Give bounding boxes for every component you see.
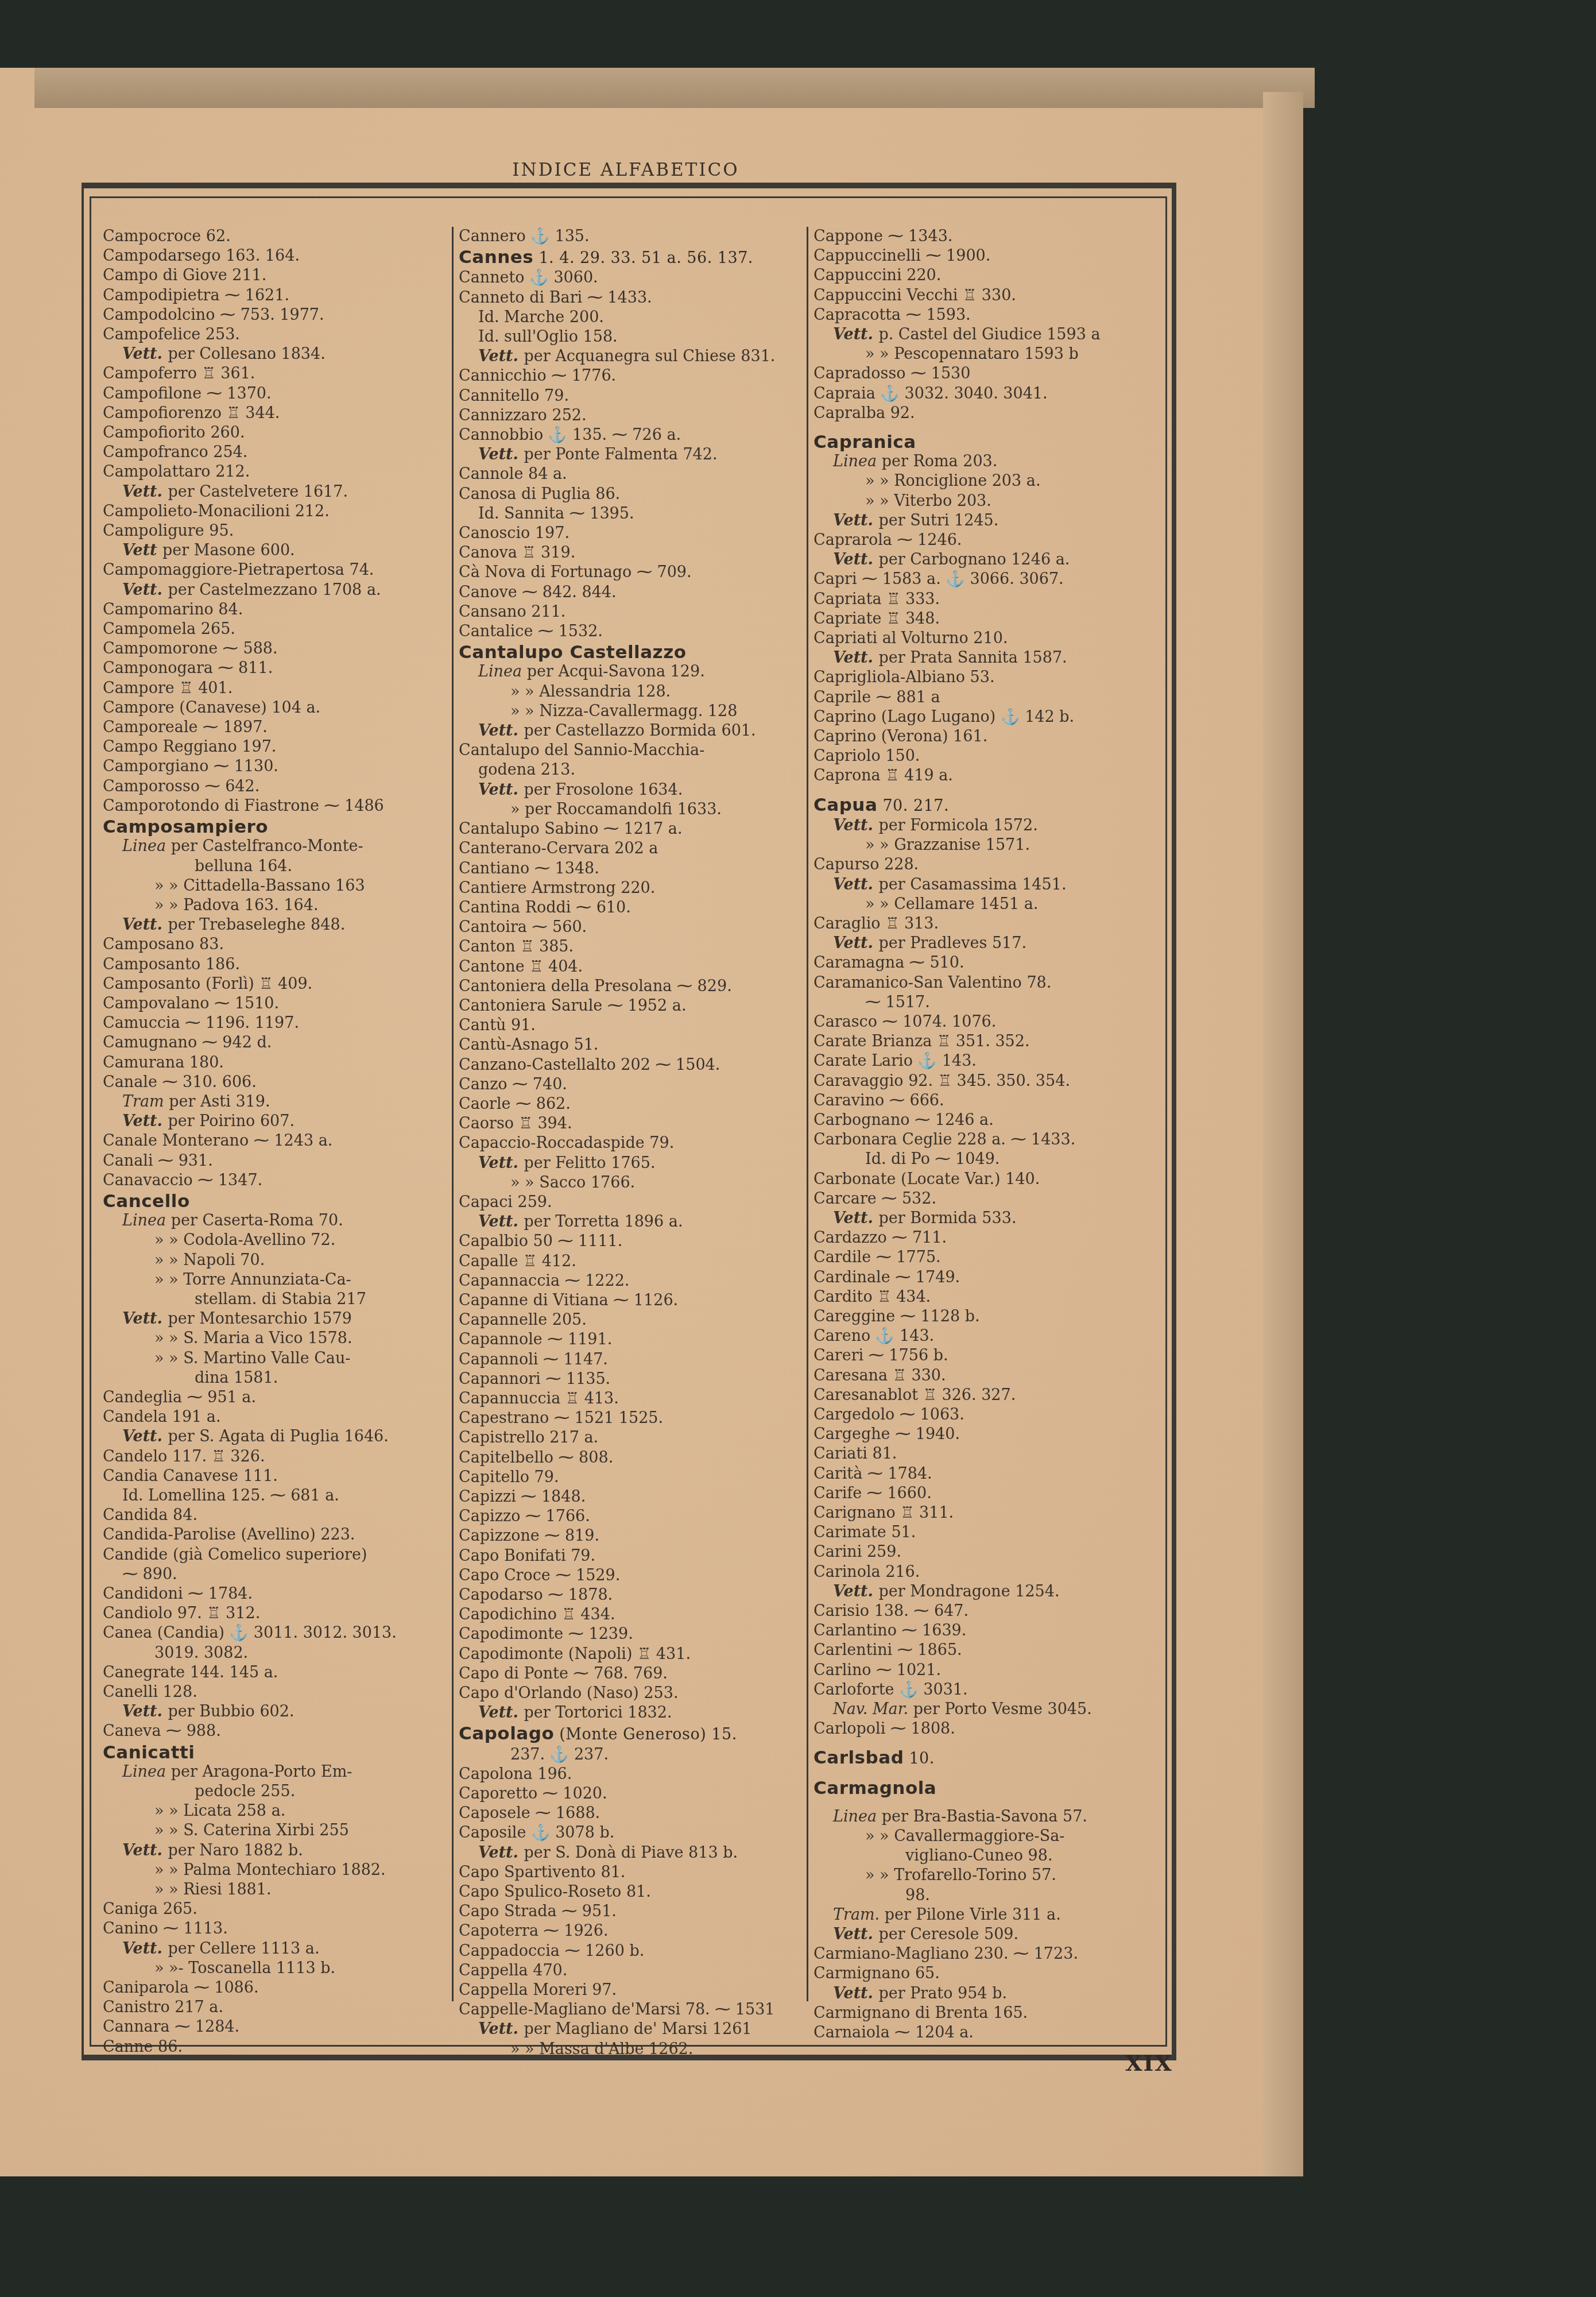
entry-text: » » S. Martino Valle Cau- (154, 1349, 350, 1367)
index-entry: » » Licata 258 a. (103, 1801, 447, 1821)
index-entry: Candela 191 a. (103, 1407, 447, 1427)
entry-text: Cardile ⁓ 1775. (814, 1248, 941, 1266)
index-entry: Nav. Mar. per Porto Vesme 3045. (814, 1700, 1169, 1719)
entry-label: Vett. (833, 817, 878, 834)
entry-text: per Casamassima 1451. (878, 876, 1066, 894)
entry-text: » »- Toscanella 1113 b. (154, 1959, 335, 1977)
entry-text: Capizzo ⁓ 1766. (459, 1507, 590, 1525)
entry-text: Candela 191 a. (103, 1408, 221, 1426)
entry-text: » » Grazzanise 1571. (865, 836, 1030, 854)
entry-text: Cardito ♖ 434. (814, 1288, 931, 1306)
entry-text: Campolieto-Monacilioni 212. (103, 502, 330, 520)
entry-text: Campoferro ♖ 361. (103, 365, 255, 382)
index-entry: Caprino (Verona) 161. (814, 727, 1169, 747)
entry-text: Caprarola ⁓ 1246. (814, 531, 962, 549)
entry-text: Campolattaro 212. (103, 463, 250, 481)
index-entry: Carate Lario ⚓ 143. (814, 1051, 1169, 1071)
index-entry: Capalle ♖ 412. (459, 1252, 809, 1271)
entry-text: dina 1581. (195, 1369, 278, 1387)
index-entry: Carasco ⁓ 1074. 1076. (814, 1012, 1169, 1032)
index-entry: Canzano-Castellalto 202 ⁓ 1504. (459, 1055, 809, 1075)
index-entry: Canove ⁓ 842. 844. (459, 583, 809, 602)
index-entry: Candia Canavese 111. (103, 1467, 447, 1486)
index-entry: Capanne di Vitiana ⁓ 1126. (459, 1291, 809, 1310)
entry-text: per Trebaseleghe 848. (168, 916, 345, 934)
index-entry: Vett. per Sutri 1245. (814, 511, 1169, 531)
entry-text: Carcare ⁓ 532. (814, 1190, 936, 1208)
entry-text: Canicatti (103, 1742, 195, 1763)
entry-text: Canoscio 197. (459, 524, 570, 542)
entry-text: » » Cittadella-Bassano 163 (154, 877, 365, 895)
entry-text: Camporotondo di Fiastrone ⁓ 1486 (103, 797, 384, 815)
entry-text: Canistro 217 a. (103, 1998, 223, 2016)
entry-text: Canova ♖ 319. (459, 544, 575, 562)
index-entry: Campomaggiore-Pietrapertosa 74. (103, 560, 447, 580)
index-entry: Cannicchio ⁓ 1776. (459, 366, 809, 386)
entry-text: Capo Croce ⁓ 1529. (459, 1567, 620, 1584)
index-entry: Cappadoccia ⁓ 1260 b. (459, 1942, 809, 1961)
entry-text: per Mondragone 1254. (878, 1583, 1059, 1600)
index-entry: Campomela 265. (103, 620, 447, 639)
index-entry: Candidoni ⁓ 1784. (103, 1584, 447, 1604)
entry-text: Campomorone ⁓ 588. (103, 640, 278, 658)
entry-label: Vett. (833, 876, 878, 894)
index-entry: Cappuccinelli ⁓ 1900. (814, 246, 1169, 266)
index-entry: Caposele ⁓ 1688. (459, 1804, 809, 1823)
index-entry: Carignano ♖ 311. (814, 1503, 1169, 1523)
entry-text: » » Padova 163. 164. (154, 896, 319, 914)
entry-text: per Sutri 1245. (878, 512, 998, 529)
index-entry: » » S. Maria a Vico 1578. (103, 1329, 447, 1348)
index-entry: Vett. per Ceresole 509. (814, 1925, 1169, 1944)
index-entry: Caorso ♖ 394. (459, 1114, 809, 1134)
index-entry: Vett per Masone 600. (103, 541, 447, 560)
index-entry: Caravino ⁓ 666. (814, 1091, 1169, 1111)
index-entry: Cantoniera della Presolana ⁓ 829. (459, 977, 809, 996)
entry-text: Carife ⁓ 1660. (814, 1484, 932, 1502)
entry-text: Capracotta ⁓ 1593. (814, 306, 971, 324)
entry-text: Cantiere Armstrong 220. (459, 879, 655, 897)
entry-text: pedocle 255. (195, 1782, 295, 1800)
entry-text: Campofiorito 260. (103, 424, 245, 442)
entry-text: Capo Strada ⁓ 951. (459, 1902, 617, 1920)
entry-text: Careri ⁓ 1756 b. (814, 1347, 948, 1364)
entry-text: Caniparola ⁓ 1086. (103, 1979, 259, 1997)
index-entry: Cantalupo Sabino ⁓ 1217 a. (459, 819, 809, 839)
entry-text: Cannicchio ⁓ 1776. (459, 367, 616, 385)
entry-text: Cantone ♖ 404. (459, 958, 583, 976)
entry-text: Capannoli ⁓ 1147. (459, 1351, 608, 1368)
index-entry: Caprona ♖ 419 a. (814, 766, 1169, 786)
entry-text: Capaccio-Roccadaspide 79. (459, 1134, 674, 1152)
index-entry: Capodimonte ⁓ 1239. (459, 1625, 809, 1644)
entry-text: godena 213. (478, 761, 575, 779)
index-entry: Cantù 91. (459, 1016, 809, 1035)
entry-text: 98. (905, 1886, 930, 1904)
entry-text: per Naro 1882 b. (168, 1842, 303, 1859)
entry-label: Linea (478, 663, 527, 680)
index-heading-entry: Canicatti (103, 1743, 447, 1762)
entry-label: Vett. (122, 1112, 168, 1130)
entry-text: Cannes (459, 247, 533, 268)
index-frame: Campocroce 62.Campodarsego 163. 164.Camp… (82, 183, 1176, 2060)
index-entry: Capannaccia ⁓ 1222. (459, 1271, 809, 1291)
index-entry: Vett. per Pradleves 517. (814, 934, 1169, 953)
entry-text: Caprona ♖ 419 a. (814, 767, 953, 784)
entry-text: » per Roccamandolfi 1633. (510, 801, 722, 818)
entry-text: per Magliano de' Marsi 1261 (524, 2020, 751, 2038)
entry-label: Vett. (122, 1310, 168, 1328)
entry-text: Cappone ⁓ 1343. (814, 227, 952, 245)
index-heading-entry: Carlsbad 10. (814, 1748, 1169, 1769)
entry-text: Cantalupo Castellazzo (459, 642, 686, 663)
index-entry: Capriate ♖ 348. (814, 609, 1169, 629)
index-entry: Capannole ⁓ 1191. (459, 1330, 809, 1349)
entry-text: Caprino (Lago Lugano) ⚓ 142 b. (814, 708, 1074, 726)
index-entry: Vett. per Collesano 1834. (103, 345, 447, 364)
index-entry: Capizzo ⁓ 1766. (459, 1507, 809, 1526)
index-entry: Vett. per Castellazzo Bormida 601. (459, 721, 809, 741)
entry-text: Cannole 84 a. (459, 465, 567, 483)
index-entry: Cargedolo ⁓ 1063. (814, 1405, 1169, 1425)
index-entry: Campo di Giove 211. (103, 266, 447, 285)
index-entry: Caporetto ⁓ 1020. (459, 1784, 809, 1804)
entry-text: » » Cavallermaggiore-Sa- (865, 1827, 1064, 1845)
index-entry: Capradosso ⁓ 1530 (814, 364, 1169, 384)
entry-text: per Asti 319. (169, 1093, 270, 1111)
entry-text: Canove ⁓ 842. 844. (459, 583, 617, 601)
index-entry: Vett. per Prata Sannita 1587. (814, 648, 1169, 668)
entry-text: Canzo ⁓ 740. (459, 1076, 567, 1093)
entry-text: Carloforte ⚓ 3031. (814, 1681, 968, 1699)
entry-text: per Pradleves 517. (878, 934, 1026, 952)
index-entry: Carlantino ⁓ 1639. (814, 1621, 1169, 1641)
index-entry: dina 1581. (103, 1368, 447, 1388)
index-entry: Cansano 211. (459, 602, 809, 622)
index-entry: Caniga 265. (103, 1900, 447, 1919)
entry-label: Vett (122, 542, 162, 559)
entry-text: Carmiano-Magliano 230. ⁓ 1723. (814, 1945, 1078, 1963)
entry-text: » » Alessandria 128. (510, 683, 671, 701)
entry-label: Vett. (833, 1985, 878, 2002)
index-entry: Caprarola ⁓ 1246. (814, 531, 1169, 550)
index-entry: Cantiere Armstrong 220. (459, 879, 809, 898)
entry-text: Cantù 91. (459, 1016, 536, 1034)
index-entry: Candeglia ⁓ 951 a. (103, 1388, 447, 1407)
entry-text: Campomaggiore-Pietrapertosa 74. (103, 561, 374, 579)
entry-text: Carate Lario ⚓ 143. (814, 1052, 977, 1070)
entry-text: Id. di Po ⁓ 1049. (865, 1150, 1000, 1168)
index-entry: pedocle 255. (103, 1782, 447, 1801)
entry-text: Cansano 211. (459, 603, 565, 621)
index-entry: Candelo 117. ♖ 326. (103, 1447, 447, 1467)
entry-text: » » S. Maria a Vico 1578. (154, 1329, 352, 1347)
entry-text: Capralba 92. (814, 404, 915, 422)
index-entry: Canosa di Puglia 86. (459, 485, 809, 504)
entry-text: Campodipietra ⁓ 1621. (103, 287, 289, 304)
entry-text: Canneto ⚓ 3060. (459, 269, 598, 287)
entry-text: Carnaiola ⁓ 1204 a. (814, 2024, 974, 2041)
entry-text: Cardinale ⁓ 1749. (814, 1269, 960, 1286)
entry-text: Cappuccini Vecchi ♖ 330. (814, 287, 1016, 304)
entry-label: Linea (122, 837, 171, 855)
entry-text: per Bra-Bastia-Savona 57. (882, 1808, 1087, 1826)
index-entry: Caramagna ⁓ 510. (814, 953, 1169, 973)
index-entry: Campolieto-Monacilioni 212. (103, 502, 447, 521)
entry-text: Cariati 81. (814, 1445, 897, 1463)
index-entry: Camposanto 186. (103, 955, 447, 975)
entry-text: Caramagna ⁓ 510. (814, 954, 964, 972)
index-entry: Tram. per Pilone Virle 311 a. (814, 1905, 1169, 1925)
index-entry: Carbonate (Locate Var.) 140. (814, 1170, 1169, 1189)
entry-text: Capizzone ⁓ 819. (459, 1527, 599, 1545)
entry-text: Campofelice 253. (103, 326, 240, 343)
entry-text: Campo Reggiano 197. (103, 738, 276, 756)
index-entry: Camuccia ⁓ 1196. 1197. (103, 1014, 447, 1033)
entry-text: » » Palma Montechiaro 1882. (154, 1861, 386, 1879)
index-entry: Candida 84. (103, 1506, 447, 1525)
index-entry: Canegrate 144. 145 a. (103, 1663, 447, 1683)
index-entry: » » Viterbo 203. (814, 492, 1169, 511)
index-entry: Id. Lomellina 125. ⁓ 681 a. (103, 1486, 447, 1506)
index-entry: Camugnano ⁓ 942 d. (103, 1033, 447, 1053)
entry-text: Carisio 138. ⁓ 647. (814, 1602, 969, 1620)
entry-text: Camposampiero (103, 817, 268, 837)
entry-text: Canelli 128. (103, 1683, 197, 1701)
entry-text: Carlopoli ⁓ 1808. (814, 1720, 955, 1738)
index-entry: Caprino (Lago Lugano) ⚓ 142 b. (814, 707, 1169, 727)
index-entry: Canton ♖ 385. (459, 937, 809, 957)
index-entry: Candide (già Comelico superiore) (103, 1545, 447, 1565)
index-column-2: Cannero ⚓ 135.Cannes 1. 4. 29. 33. 51 a.… (459, 227, 809, 2059)
index-entry: Capo di Ponte ⁓ 768. 769. (459, 1664, 809, 1684)
index-entry: Cappelle-Magliano de'Marsi 78. ⁓ 1531 (459, 2000, 809, 2020)
entry-text: Caresana ♖ 330. (814, 1367, 946, 1385)
index-entry: » »- Toscanella 1113 b. (103, 1959, 447, 1978)
index-entry: Campodarsego 163. 164. (103, 246, 447, 266)
index-entry: Capannuccia ♖ 413. (459, 1389, 809, 1409)
index-entry: Vett. per S. Agata di Puglia 1646. (103, 1427, 447, 1447)
entry-label: Vett. (833, 934, 878, 952)
index-entry: Campoferro ♖ 361. (103, 364, 447, 384)
entry-label: Vett. (122, 483, 168, 501)
entry-text: Camposanto 186. (103, 956, 240, 973)
index-entry: Cannero ⚓ 135. (459, 227, 809, 246)
index-entry: Carcare ⁓ 532. (814, 1189, 1169, 1209)
index-entry: Linea per Acqui-Savona 129. (459, 662, 809, 682)
index-entry: Vett. per Acquanegra sul Chiese 831. (459, 347, 809, 366)
index-entry: vigliano-Cuneo 98. (814, 1846, 1169, 1866)
index-entry: Cantiano ⁓ 1348. (459, 859, 809, 879)
entry-text: Camporosso ⁓ 642. (103, 778, 259, 795)
index-entry: Campodipietra ⁓ 1621. (103, 286, 447, 306)
entry-text: per Caserta-Roma 70. (171, 1212, 343, 1229)
index-entry: Capo Strada ⁓ 951. (459, 1902, 809, 1921)
entry-text: per Frosolone 1634. (524, 781, 683, 799)
index-entry: Candiolo 97. ♖ 312. (103, 1604, 447, 1623)
index-entry: » » Pescopennataro 1593 b (814, 345, 1169, 364)
entry-text: Capraia ⚓ 3032. 3040. 3041. (814, 385, 1048, 403)
index-entry: Id. Sannita ⁓ 1395. (459, 504, 809, 524)
index-entry: » per Roccamandolfi 1633. (459, 800, 809, 819)
entry-text: Carlino ⁓ 1021. (814, 1661, 941, 1679)
entry-text: per Felitto 1765. (524, 1154, 655, 1172)
index-entry: Cantalupo del Sannio-Macchia- (459, 741, 809, 760)
entry-text: Capodimonte (Napoli) ♖ 431. (459, 1645, 691, 1663)
index-entry: Id. Marche 200. (459, 308, 809, 327)
entry-text: Capalle ♖ 412. (459, 1252, 576, 1270)
index-entry: Capriati al Volturno 210. (814, 629, 1169, 648)
index-entry: Cardinale ⁓ 1749. (814, 1268, 1169, 1287)
index-entry: » » Sacco 1766. (459, 1173, 809, 1193)
index-entry: Cappuccini 220. (814, 266, 1169, 285)
entry-label: Vett. (833, 1925, 878, 1943)
entry-text: Camposano 83. (103, 935, 224, 953)
index-entry: Camposanto (Forlì) ♖ 409. (103, 975, 447, 994)
index-entry: belluna 164. (103, 857, 447, 876)
index-entry: Campocroce 62. (103, 227, 447, 246)
entry-text: Caravaggio 92. ♖ 345. 350. 354. (814, 1072, 1070, 1090)
entry-text: Capri ⁓ 1583 a. ⚓ 3066. 3067. (814, 570, 1064, 588)
entry-text: » » Viterbo 203. (865, 492, 991, 510)
entry-text: 3019. 3082. (154, 1644, 248, 1662)
index-entry: Vett. per Trebaseleghe 848. (103, 915, 447, 935)
entry-label: Vett. (478, 1154, 524, 1172)
entry-label: Vett. (833, 1209, 878, 1227)
index-entry: Cantoira ⁓ 560. (459, 918, 809, 937)
index-entry: Canneto ⚓ 3060. (459, 268, 809, 288)
index-entry: Capriata ♖ 333. (814, 590, 1169, 609)
index-entry: » » Cavallermaggiore-Sa- (814, 1827, 1169, 1846)
entry-text: Carità ⁓ 1784. (814, 1465, 932, 1483)
entry-text: Caprigliola-Albiano 53. (814, 668, 995, 686)
entry-text: Campofilone ⁓ 1370. (103, 385, 272, 403)
entry-text: Caposele ⁓ 1688. (459, 1804, 600, 1822)
index-entry: 3019. 3082. (103, 1644, 447, 1663)
index-entry: Canistro 217 a. (103, 1998, 447, 2017)
index-entry: Camurana 180. (103, 1053, 447, 1073)
entry-text: Campo di Giove 211. (103, 266, 266, 284)
entry-text: Candeglia ⁓ 951 a. (103, 1389, 256, 1406)
entry-text: Capolona 196. (459, 1765, 572, 1783)
index-entry: Campoligure 95. (103, 521, 447, 541)
index-entry: Carbognano ⁓ 1246 a. (814, 1111, 1169, 1130)
entry-text: Campore ♖ 401. (103, 679, 233, 697)
index-entry: Caprigliola-Albiano 53. (814, 668, 1169, 687)
index-entry: Cardile ⁓ 1775. (814, 1248, 1169, 1267)
index-entry: Capizzone ⁓ 819. (459, 1526, 809, 1546)
index-entry: ⁓ 1517. (814, 993, 1169, 1012)
entry-text: Cappuccinelli ⁓ 1900. (814, 247, 990, 265)
entry-text: per Formicola 1572. (878, 817, 1037, 834)
entry-text: Camurana 180. (103, 1054, 224, 1072)
index-entry: Capo Croce ⁓ 1529. (459, 1566, 809, 1586)
index-entry: Capestrano ⁓ 1521 1525. (459, 1409, 809, 1428)
entry-text: Capestrano ⁓ 1521 1525. (459, 1409, 663, 1427)
index-entry: » » Alessandria 128. (459, 682, 809, 702)
entry-text: » » Massa d'Albe 1262. (510, 2040, 693, 2058)
entry-text: Canale Monterano ⁓ 1243 a. (103, 1132, 332, 1150)
index-entry: 98. (814, 1886, 1169, 1905)
index-column-1: Campocroce 62.Campodarsego 163. 164.Camp… (103, 227, 447, 2057)
entry-references: (Monte Generoso) 15. (554, 1726, 737, 1743)
index-entry: Canova ♖ 319. (459, 543, 809, 563)
index-entry: Vett. per Montesarchio 1579 (103, 1309, 447, 1329)
index-entry: Campovalano ⁓ 1510. (103, 994, 447, 1014)
entry-text: Campodolcino ⁓ 753. 1977. (103, 306, 324, 324)
entry-text: Carignano ♖ 311. (814, 1504, 954, 1522)
index-entry: Careri ⁓ 1756 b. (814, 1346, 1169, 1366)
entry-text: Capannole ⁓ 1191. (459, 1331, 612, 1348)
index-entry: Vett. per Cellere 1113 a. (103, 1939, 447, 1959)
index-entry: Vett. per Ponte Falmenta 742. (459, 445, 809, 465)
index-entry: Capannoli ⁓ 1147. (459, 1350, 809, 1370)
index-entry: Camponogara ⁓ 811. (103, 659, 447, 678)
entry-text: » » Napoli 70. (154, 1251, 265, 1269)
entry-text: Candidoni ⁓ 1784. (103, 1585, 253, 1603)
index-frame-inner: Campocroce 62.Campodarsego 163. 164.Camp… (90, 196, 1167, 2047)
index-entry: Vett. per Carbognano 1246 a. (814, 550, 1169, 570)
entry-text: Camugnano ⁓ 942 d. (103, 1034, 272, 1051)
index-entry: Careno ⚓ 143. (814, 1327, 1169, 1346)
entry-label: Tram (122, 1093, 169, 1111)
entry-text: ⁓ 890. (122, 1565, 177, 1583)
index-entry: Capurso 228. (814, 855, 1169, 875)
entry-text: per Prato 954 b. (878, 1985, 1007, 2002)
index-entry: Cargeghe ⁓ 1940. (814, 1425, 1169, 1444)
entry-text: Cannizzaro 252. (459, 407, 587, 424)
index-entry: Vett. per Castelvetere 1617. (103, 482, 447, 502)
entry-text: per Acquanegra sul Chiese 831. (524, 347, 775, 365)
index-entry: Capodimonte (Napoli) ♖ 431. (459, 1645, 809, 1664)
index-entry: Vett. per Felitto 1765. (459, 1154, 809, 1173)
entry-text: Cantoniera Sarule ⁓ 1952 a. (459, 997, 686, 1015)
entry-text: Capizzi ⁓ 1848. (459, 1488, 586, 1506)
index-entry: Camporeale ⁓ 1897. (103, 718, 447, 737)
index-entry: Vett. per Bubbio 602. (103, 1702, 447, 1722)
entry-text: Campore (Canavese) 104 a. (103, 699, 320, 717)
running-head: INDICE ALFABETICO (0, 160, 1252, 180)
index-entry: Campofiorenzo ♖ 344. (103, 404, 447, 423)
index-entry: Canterano-Cervara 202 a (459, 839, 809, 859)
index-entry: Capraia ⚓ 3032. 3040. 3041. (814, 384, 1169, 404)
entry-text: » » Pescopennataro 1593 b (865, 345, 1079, 363)
index-entry: Cantalice ⁓ 1532. (459, 622, 809, 641)
entry-text: Capriata ♖ 333. (814, 590, 940, 608)
entry-text: Canterano-Cervara 202 a (459, 840, 658, 857)
index-entry: Campore (Canavese) 104 a. (103, 698, 447, 718)
index-entry: Cannitello 79. (459, 386, 809, 406)
entry-label: Vett. (478, 1844, 524, 1862)
entry-text: Carbognano ⁓ 1246 a. (814, 1111, 994, 1129)
index-entry: Capalbio 50 ⁓ 1111. (459, 1232, 809, 1251)
index-entry: Cantone ♖ 404. (459, 957, 809, 977)
index-entry: Canea (Candia) ⚓ 3011. 3012. 3013. (103, 1623, 447, 1643)
entry-text: Carlsbad (814, 1747, 904, 1768)
index-entry: Camporosso ⁓ 642. (103, 777, 447, 796)
index-entry: Cardazzo ⁓ 711. (814, 1228, 1169, 1248)
entry-label: Vett. (833, 512, 878, 529)
index-entry: Vett. per Bormida 533. (814, 1209, 1169, 1228)
index-entry: Vett. per Poirino 607. (103, 1112, 447, 1131)
index-entry: Vett. per Naro 1882 b. (103, 1841, 447, 1861)
entry-text: Camporgiano ⁓ 1130. (103, 757, 278, 775)
entry-text: Cantù-Asnago 51. (459, 1036, 598, 1054)
index-entry: » » S. Caterina Xirbi 255 (103, 1821, 447, 1840)
entry-text: Caorle ⁓ 862. (459, 1095, 571, 1113)
entry-text: Cargeghe ⁓ 1940. (814, 1425, 960, 1443)
entry-text: Cannero ⚓ 135. (459, 227, 590, 245)
